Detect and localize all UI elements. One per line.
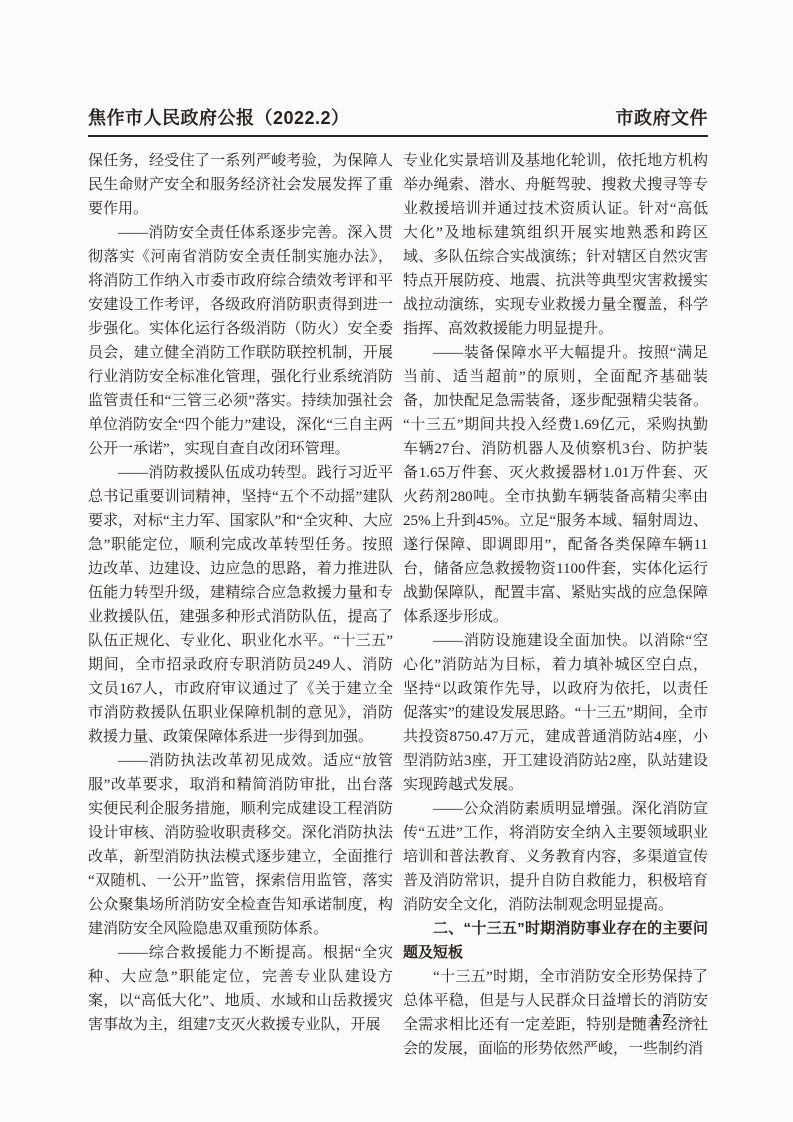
paragraph: ——消防设施建设全面加快。以消除“空心化”消防站为目标，着力填补城区空白点，坚持…	[403, 629, 708, 797]
paragraph-continued: 保任务，经受住了一系列严峻考验，为保障人民生命财产安全和服务经济社会发展发挥了重…	[88, 149, 393, 221]
page-header: 焦作市人民政府公报（2022.2） 市政府文件	[88, 0, 708, 137]
paragraph: ——装备保障水平大幅提升。按照“满足当前、适当超前”的原则，全面配齐基础装备，加…	[403, 341, 708, 629]
column-right: 专业化实景培训及基地化轮训，依托地方机构举办绳索、潜水、舟艇驾驶、搜救犬搜寻等专…	[403, 149, 708, 1061]
section-label: 市政府文件	[616, 104, 709, 130]
column-left: 保任务，经受住了一系列严峻考验，为保障人民生命财产安全和服务经济社会发展发挥了重…	[88, 149, 393, 1061]
section-heading: 二、“十三五”时期消防事业存在的主要问题及短板	[403, 917, 708, 965]
body-columns: 保任务，经受住了一系列严峻考验，为保障人民生命财产安全和服务经济社会发展发挥了重…	[88, 149, 708, 1061]
page-number: — 17 —	[627, 1010, 699, 1030]
gazette-title: 焦作市人民政府公报（2022.2）	[88, 104, 350, 130]
paragraph: ——消防安全责任体系逐步完善。深入贯彻落实《河南省消防安全责任制实施办法》，将消…	[88, 221, 393, 461]
paragraph: ——消防救援队伍成功转型。践行习近平总书记重要训词精神，坚持“五个不动摇”建队要…	[88, 461, 393, 749]
paragraph: ——消防执法改革初见成效。适应“放管服”改革要求，取消和精简消防审批，出台落实便…	[88, 749, 393, 941]
gazette-page: 焦作市人民政府公报（2022.2） 市政府文件 保任务，经受住了一系列严峻考验，…	[0, 0, 793, 1122]
paragraph: ——公众消防素质明显增强。深化消防宣传“五进”工作，将消防安全纳入主要领域职业培…	[403, 797, 708, 917]
paragraph-continued: 专业化实景培训及基地化轮训，依托地方机构举办绳索、潜水、舟艇驾驶、搜救犬搜寻等专…	[403, 149, 708, 341]
paragraph: ——综合救援能力不断提高。根据“全灾种、大应急”职能定位，完善专业队建设方案，以…	[88, 941, 393, 1037]
